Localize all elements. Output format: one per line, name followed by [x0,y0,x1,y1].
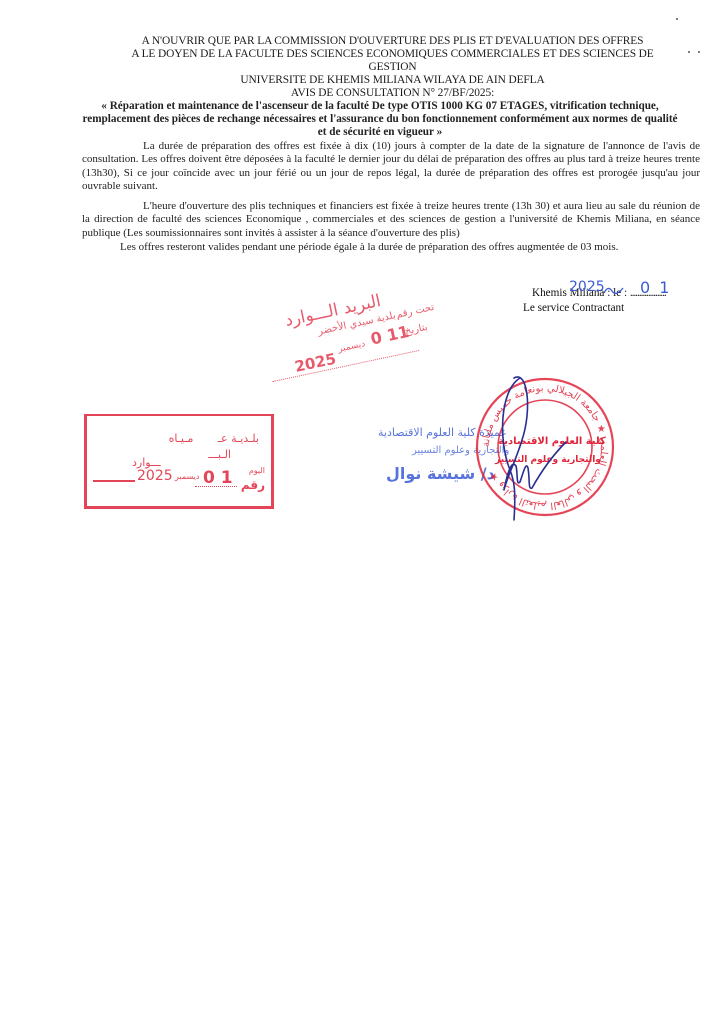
subject-line: « Réparation et maintenance de l'ascense… [60,100,700,113]
header-line-university: UNIVERSITE DE KHEMIS MILIANA WILAYA DE A… [90,74,695,87]
header-line-addressee: A N'OUVRIR QUE PAR LA COMMISSION D'OUVER… [90,35,695,48]
box-stamp-line2: الـبـــ [208,448,231,461]
paragraph-opening-session: L'heure d'ouverture des plis techniques … [82,200,700,240]
box-stamp-date-year: 2025 [137,468,173,484]
stamp-date-month: ديسمبر [337,339,366,354]
scan-speck [676,18,678,20]
handwritten-signature [480,370,590,530]
paragraph-text: La durée de préparation des offres est f… [82,140,700,192]
subject-line: remplacement des pièces de rechange néce… [40,113,720,126]
header-line-dean: A LE DOYEN DE LA FACULTE DES SCIENCES EC… [90,48,695,61]
paragraph-text: Les offres resteront valides pendant une… [120,241,618,253]
stamp-date-day: 0 11 [369,322,411,349]
municipality-box-stamp: بلـديـة عـ مـيـاه الـبـــ ـــوارد اليوم … [84,414,274,509]
handwritten-date-year: 2025 [569,279,605,295]
box-stamp-date-month: ديسمبر [175,472,199,481]
paragraph-text: L'heure d'ouverture des plis techniques … [82,200,700,239]
handwritten-date-day: 0 1 [640,278,671,297]
document-page: A N'OUVRIR QUE PAR LA COMMISSION D'OUVER… [0,0,722,1024]
service-contractant: Le service Contractant [523,302,624,314]
box-stamp-dashes [93,480,135,482]
paragraph-validity: Les offres resteront valides pendant une… [120,241,720,254]
header-line-gestion: GESTION [90,61,695,74]
subject-line: et de sécurité en vigueur » [60,126,700,139]
paragraph-preparation-period: La durée de préparation des offres est f… [82,140,700,194]
box-stamp-date-day: 0 1 [203,468,233,488]
mail-received-stamp: البريد الـــوارد بلدية سيدي الأخضر تحت ر… [250,265,436,393]
stamp-number-label: تحت رقم [395,302,435,321]
box-stamp-dots [195,486,237,487]
scan-speck [698,51,700,53]
box-stamp-day-label: اليوم [249,466,265,475]
consultation-number: AVIS DE CONSULTATION N° 27/BF/2025: [90,87,695,100]
handwritten-month-scribble [603,283,625,297]
box-stamp-number-label: رقم [241,478,265,492]
box-stamp-line1: بلـديـة عـ مـيـاه [169,432,259,445]
